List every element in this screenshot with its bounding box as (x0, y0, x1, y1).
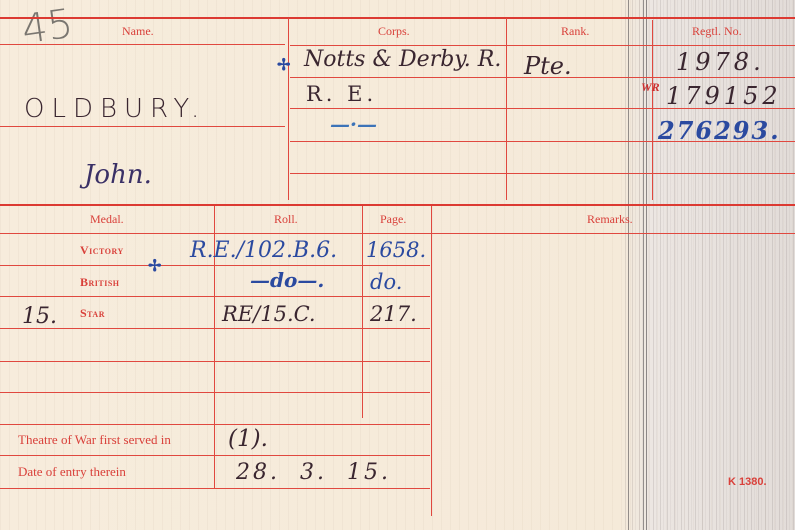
regtl-no-2: 179152 (666, 82, 782, 110)
cross-mark-icon: ✢ (277, 55, 290, 74)
rule (362, 206, 363, 418)
regtl-no-1: 1978. (676, 48, 765, 76)
header-corps: Corps. (378, 24, 410, 39)
regtl-no-2-prefix: WR (641, 80, 660, 95)
rule (0, 204, 795, 206)
header-rank: Rank. (561, 24, 589, 39)
corps-line-1: Notts & Derby. R. (304, 47, 501, 72)
medal-british-roll: —do—. (250, 268, 324, 292)
corps-line-2: R. E. (306, 82, 377, 106)
rule (0, 488, 430, 489)
header-page: Page. (380, 212, 406, 227)
medal-star-label: Star (80, 306, 105, 321)
header-regtl-no: Regtl. No. (692, 24, 742, 39)
rule (290, 45, 795, 46)
rule (0, 265, 430, 266)
theatre-label: Theatre of War first served in (18, 432, 171, 448)
regtl-no-3: 276293. (658, 116, 781, 145)
rule (0, 424, 430, 425)
rule (431, 206, 432, 516)
corps-line-3: —·— (330, 112, 377, 136)
rule (290, 173, 795, 174)
medal-star-prefix: 15. (22, 304, 57, 329)
theatre-value: (1). (228, 426, 268, 452)
header-roll: Roll. (274, 212, 298, 227)
forename: John. (84, 160, 152, 190)
cross-mark-icon: ✢ (148, 256, 161, 275)
header-medal: Medal. (90, 212, 124, 227)
medal-index-card: 45 Name. Corps. Rank. Regtl. No. OLDBURY… (0, 0, 795, 530)
rule (0, 328, 430, 329)
pencil-note: 45 (19, 1, 76, 54)
surname: OLDBURY. (24, 94, 206, 124)
rule (0, 126, 285, 127)
rule (288, 18, 289, 200)
rule (0, 44, 285, 45)
form-code: K 1380. (728, 476, 767, 488)
rule (0, 296, 430, 297)
medal-british-page: do. (370, 270, 402, 294)
medal-victory-roll: R.E./102.B.6. (190, 238, 337, 263)
header-name: Name. (122, 24, 154, 39)
medal-star-roll: RE/15.C. (222, 302, 316, 326)
rank-value: Pte. (524, 52, 572, 80)
rule (0, 233, 795, 234)
medal-victory-label: Victory (80, 243, 124, 258)
medal-victory-page: 1658. (366, 238, 426, 262)
entry-date-value: 28. 3. 15. (236, 460, 391, 485)
rule (0, 361, 430, 362)
medal-star-page: 217. (370, 302, 417, 326)
header-remarks: Remarks. (587, 212, 633, 227)
medal-british-label: British (80, 275, 120, 290)
rule (0, 455, 430, 456)
rule (0, 392, 430, 393)
rule (0, 17, 795, 19)
entry-date-label: Date of entry therein (18, 464, 126, 480)
scan-line (628, 0, 629, 530)
